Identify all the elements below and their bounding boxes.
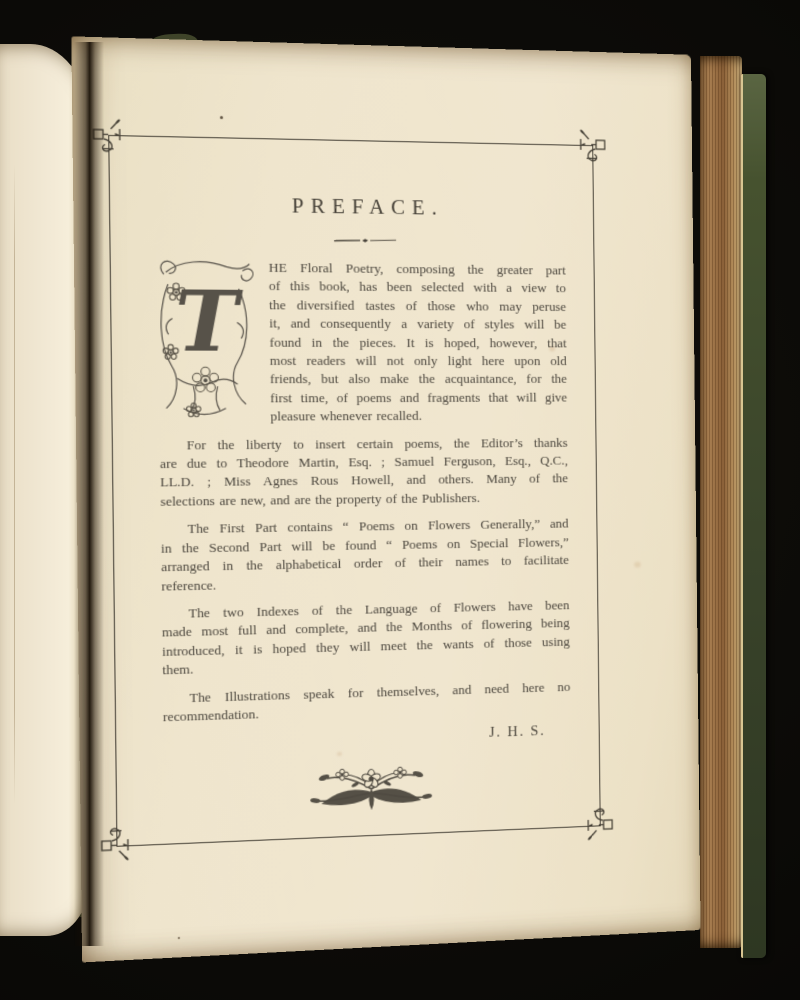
text-line: friends, but also make the acquaintance,… bbox=[270, 370, 567, 389]
paragraph-lines: The two Indexes of the Language of Flowe… bbox=[162, 596, 571, 680]
floral-tailpiece-icon bbox=[301, 760, 441, 823]
paragraph: The Illustrations speak for themselves, … bbox=[163, 678, 571, 727]
text-column: PREFACE. bbox=[157, 190, 572, 829]
left-page-crease bbox=[14, 164, 15, 804]
paragraph-lines: The Illustrations speak for themselves, … bbox=[163, 678, 571, 727]
border-corner-flourish-icon bbox=[565, 128, 608, 172]
preface-page: PREFACE. bbox=[71, 36, 700, 962]
paragraph: The two Indexes of the Language of Flowe… bbox=[162, 596, 571, 680]
paragraph: For the liberty to insert certain poems,… bbox=[160, 434, 569, 512]
border-corner-flourish-icon bbox=[573, 797, 616, 842]
text-line: selections are new, and are the property… bbox=[160, 488, 568, 511]
drop-cap-letter: T bbox=[175, 272, 245, 371]
text-line: it, and consequently a variety of styles… bbox=[269, 315, 566, 335]
text-line: pleasure whenever recalled. bbox=[270, 407, 567, 427]
paragraph-lines: For the liberty to insert certain poems,… bbox=[160, 434, 569, 512]
paragraph-lines: The First Part contains “ Poems on Flowe… bbox=[161, 515, 570, 596]
ink-speck bbox=[178, 937, 180, 939]
ink-speck bbox=[220, 116, 223, 119]
book-fore-edge-pages bbox=[700, 56, 742, 948]
border-corner-flourish-icon bbox=[98, 816, 144, 863]
foxing-spot bbox=[634, 562, 641, 568]
text-line: found in the pieces. It is hoped, howeve… bbox=[269, 333, 566, 352]
text-line: the diversified tastes of those who may … bbox=[269, 296, 566, 316]
paragraph: T HE Floral Poetry, composing the greate… bbox=[158, 258, 568, 427]
text-line: first time, of poems and fragments that … bbox=[270, 389, 567, 408]
drop-cap-floral-ornament-icon: T bbox=[151, 258, 258, 422]
text-line: of this book, has been selected with a v… bbox=[269, 277, 566, 298]
page-title: PREFACE. bbox=[157, 190, 565, 222]
text-line: HE Floral Poetry, composing the greater … bbox=[269, 259, 566, 280]
book-cover-edge bbox=[741, 74, 766, 958]
gutter-shadow bbox=[74, 42, 104, 946]
book-photo: PREFACE. bbox=[0, 0, 800, 1000]
title-divider-icon bbox=[332, 236, 398, 245]
text-line: most readers will not only light here up… bbox=[270, 352, 567, 371]
paragraph: The First Part contains “ Poems on Flowe… bbox=[161, 515, 570, 596]
editor-initials: J. H. S. bbox=[163, 723, 571, 754]
